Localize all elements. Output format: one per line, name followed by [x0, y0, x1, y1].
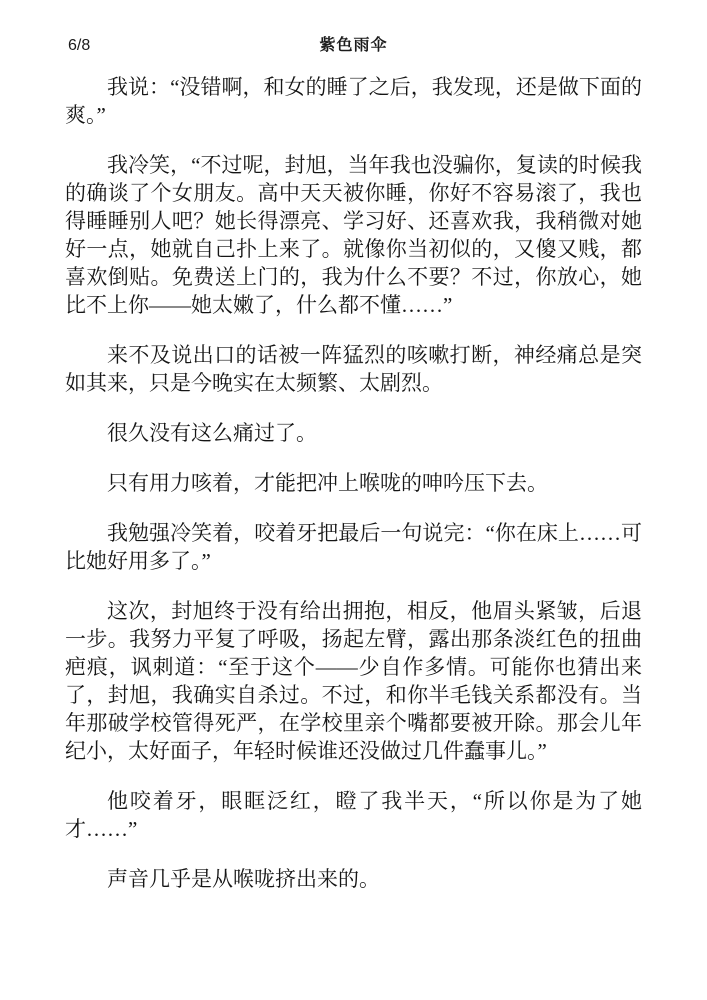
- page-header: 6/8 紫色雨伞: [65, 36, 642, 56]
- paragraph: 我说：“没错啊，和女的睡了之后，我发现，还是做下面的爽。”: [65, 73, 642, 129]
- reader-page: 6/8 紫色雨伞 我说：“没错啊，和女的睡了之后，我发现，还是做下面的爽。” 我…: [0, 0, 707, 1000]
- paragraph: 我勉强冷笑着，咬着牙把最后一句说完：“你在床上……可比她好用多了。”: [65, 519, 642, 575]
- paragraph: 我冷笑，“不过呢，封旭，当年我也没骗你，复读的时候我的确谈了个女朋友。高中天天被…: [65, 151, 642, 319]
- paragraph: 他咬着牙，眼眶泛红，瞪了我半天，“所以你是为了她才……”: [65, 787, 642, 843]
- paragraph: 来不及说出口的话被一阵猛烈的咳嗽打断，神经痛总是突如其来，只是今晚实在太频繁、太…: [65, 341, 642, 397]
- paragraph: 只有用力咳着，才能把冲上喉咙的呻吟压下去。: [65, 469, 642, 497]
- paragraph: 声音几乎是从喉咙挤出来的。: [65, 865, 642, 893]
- paragraph: 这次，封旭终于没有给出拥抱，相反，他眉头紧皱，后退一步。我努力平复了呼吸，扬起左…: [65, 597, 642, 765]
- page-title: 紫色雨伞: [65, 36, 642, 56]
- story-content: 我说：“没错啊，和女的睡了之后，我发现，还是做下面的爽。” 我冷笑，“不过呢，封…: [65, 73, 642, 893]
- paragraph: 很久没有这么痛过了。: [65, 419, 642, 447]
